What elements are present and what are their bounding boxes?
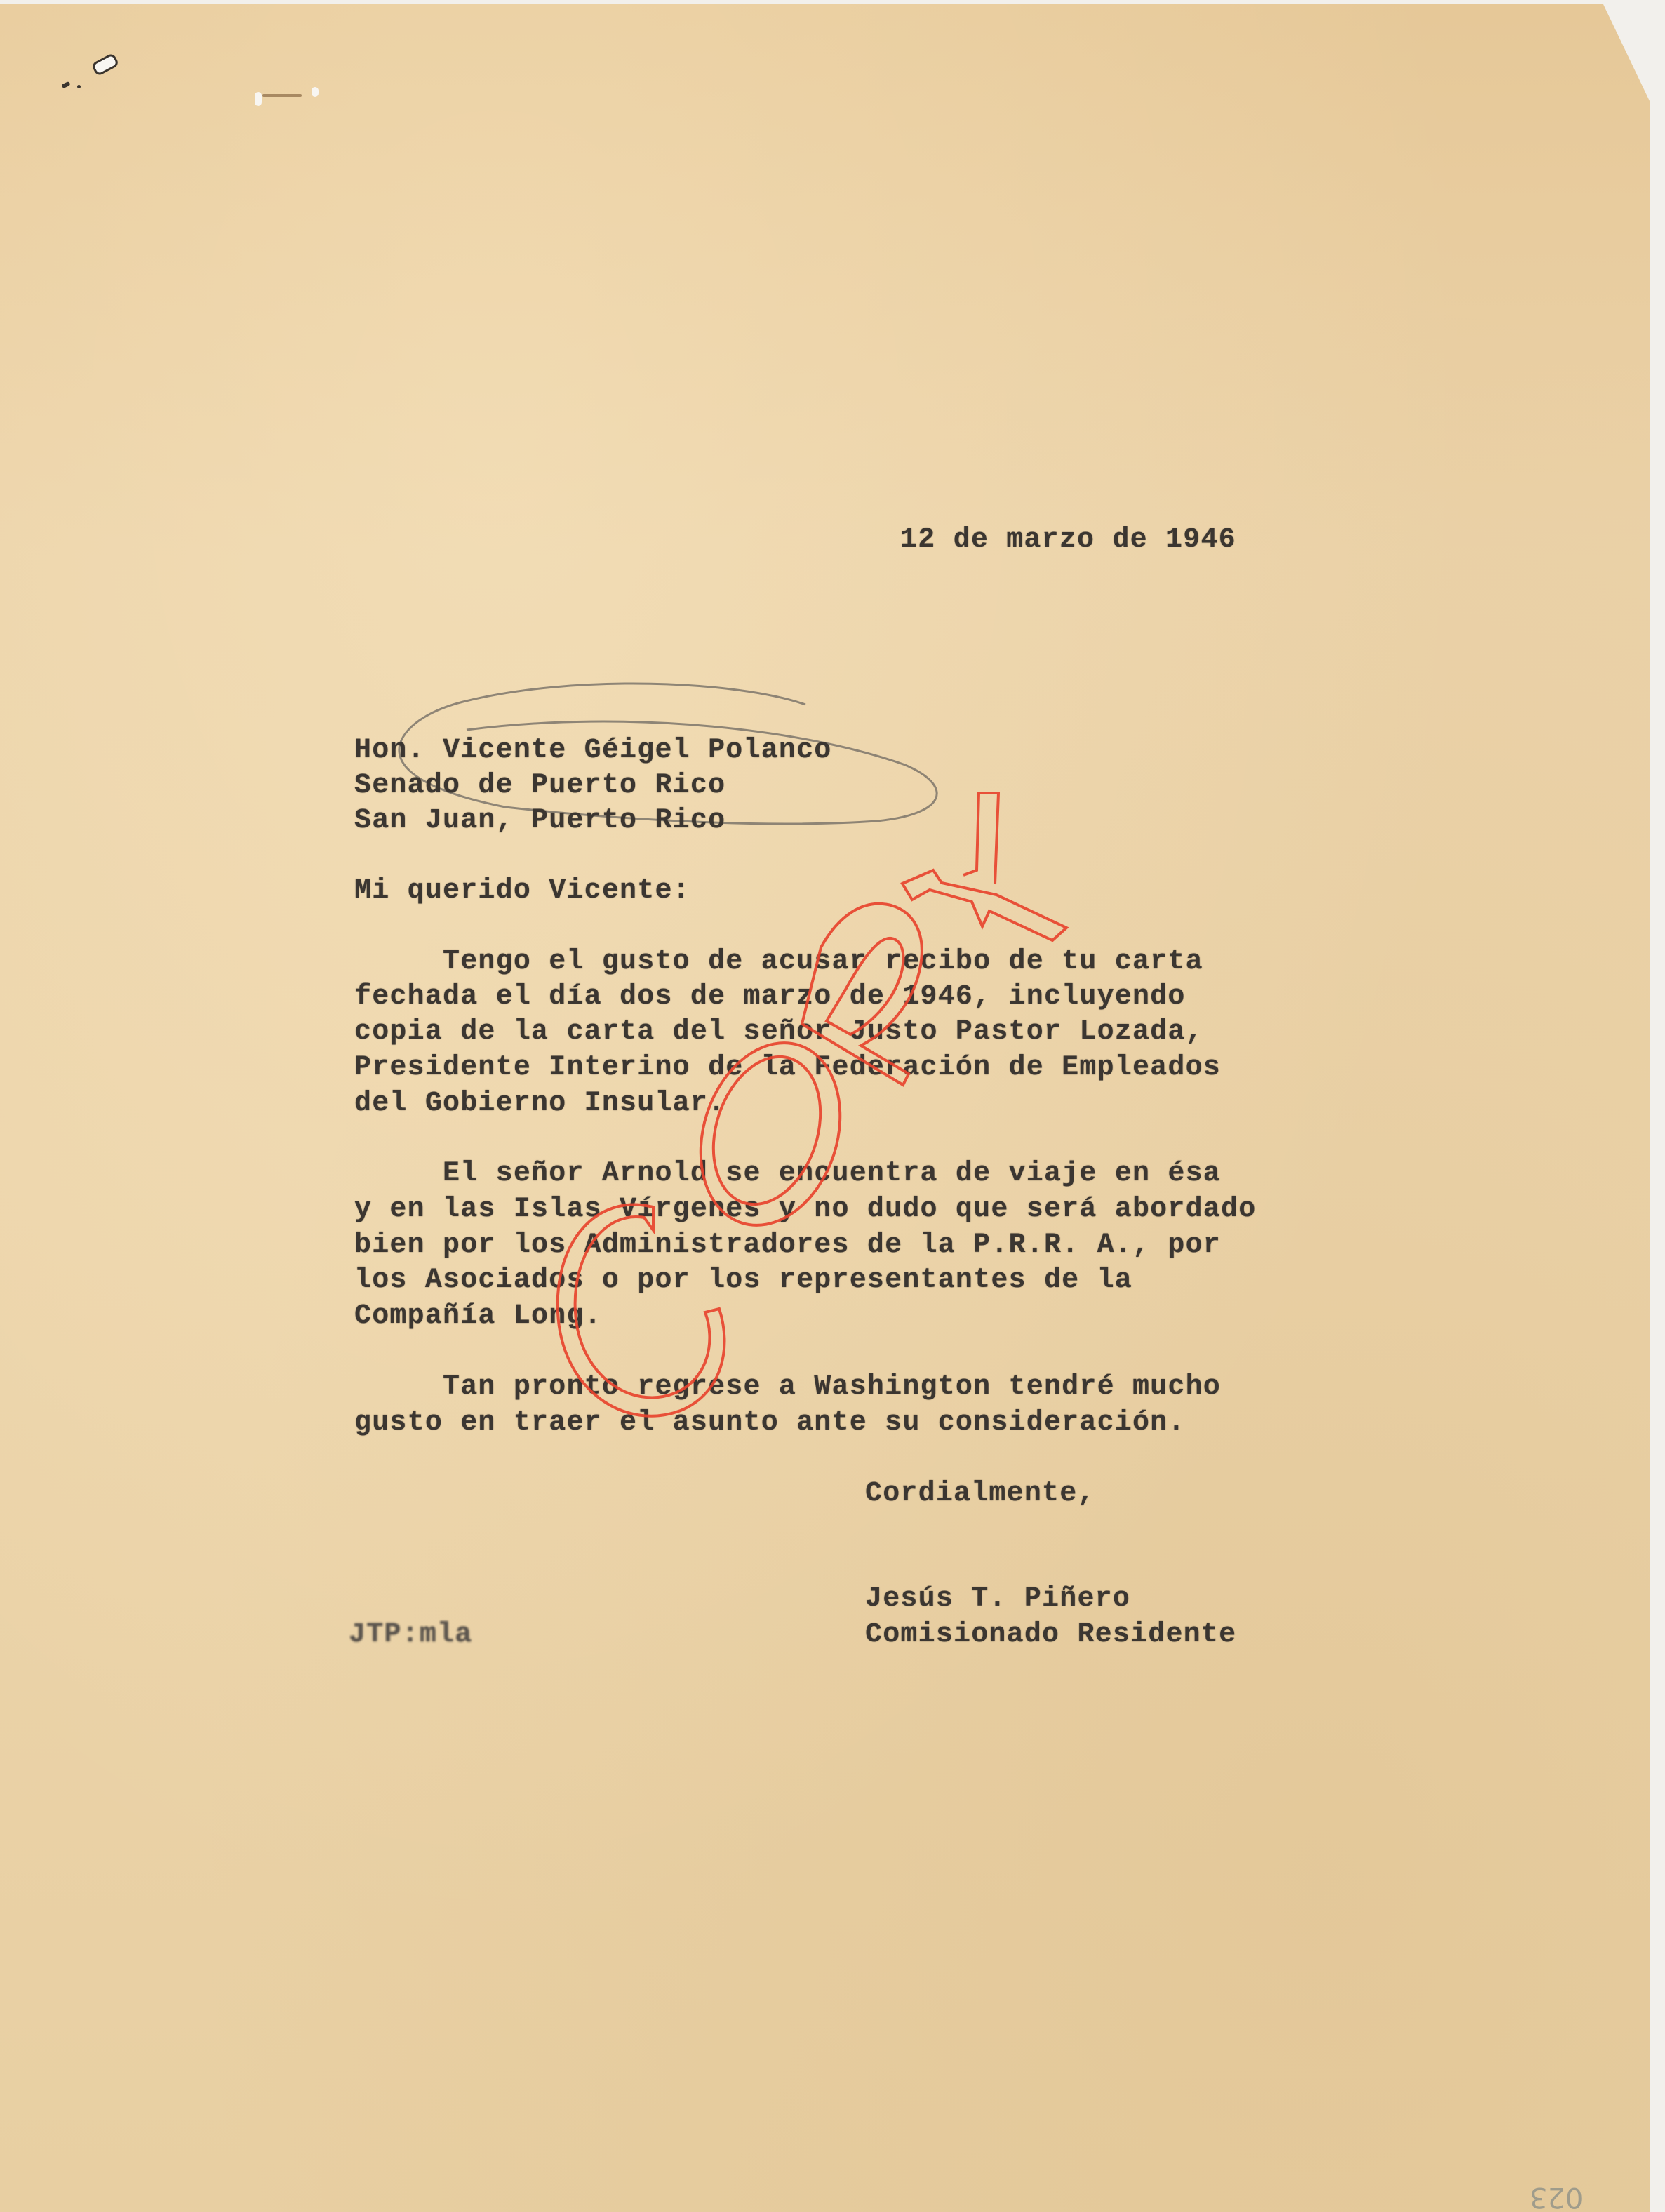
letter-paper (0, 4, 1650, 2212)
paragraph-line: copia de la carta del señor Justo Pastor… (354, 1015, 1203, 1050)
paragraph-line: Presidente Interino de la Federación de … (354, 1051, 1221, 1086)
archive-number: 023 (1530, 2181, 1583, 2212)
paragraph-line: El señor Arnold se encuentra de viaje en… (354, 1157, 1221, 1192)
paragraph-line: Tan pronto regrese a Washington tendré m… (354, 1370, 1221, 1405)
paragraph-line: los Asociados o por los representantes d… (354, 1263, 1132, 1298)
paragraph-line: gusto en traer el asunto ante su conside… (354, 1406, 1186, 1441)
letter-date: 12 de marzo de 1946 (900, 523, 1236, 558)
signer-name: Jesús T. Piñero (865, 1582, 1130, 1617)
recipient-city: San Juan, Puerto Rico (354, 804, 725, 839)
ink-speck (77, 85, 81, 88)
reference-initials: JTP:mla (349, 1618, 472, 1653)
recipient-institution: Senado de Puerto Rico (354, 768, 725, 804)
staple-hole-left (255, 92, 262, 106)
staple-hole-right (312, 87, 319, 97)
paragraph-line: fechada el día dos de marzo de 1946, inc… (354, 980, 1186, 1015)
closing: Cordialmente, (865, 1477, 1095, 1512)
recipient-name: Hon. Vicente Géigel Polanco (354, 733, 832, 768)
salutation: Mi querido Vicente: (354, 874, 690, 909)
paragraph-line: bien por los Administradores de la P.R.R… (354, 1228, 1221, 1263)
staple-rust-mark (262, 94, 302, 97)
paragraph-line: del Gobierno Insular. (354, 1086, 725, 1121)
paragraph-line: y en las Islas Vírgenes y no dudo que se… (354, 1192, 1256, 1227)
signer-title: Comisionado Residente (865, 1618, 1236, 1653)
paragraph-line: Tengo el gusto de acusar recibo de tu ca… (354, 945, 1203, 980)
paragraph-line: Compañía Long. (354, 1299, 602, 1334)
